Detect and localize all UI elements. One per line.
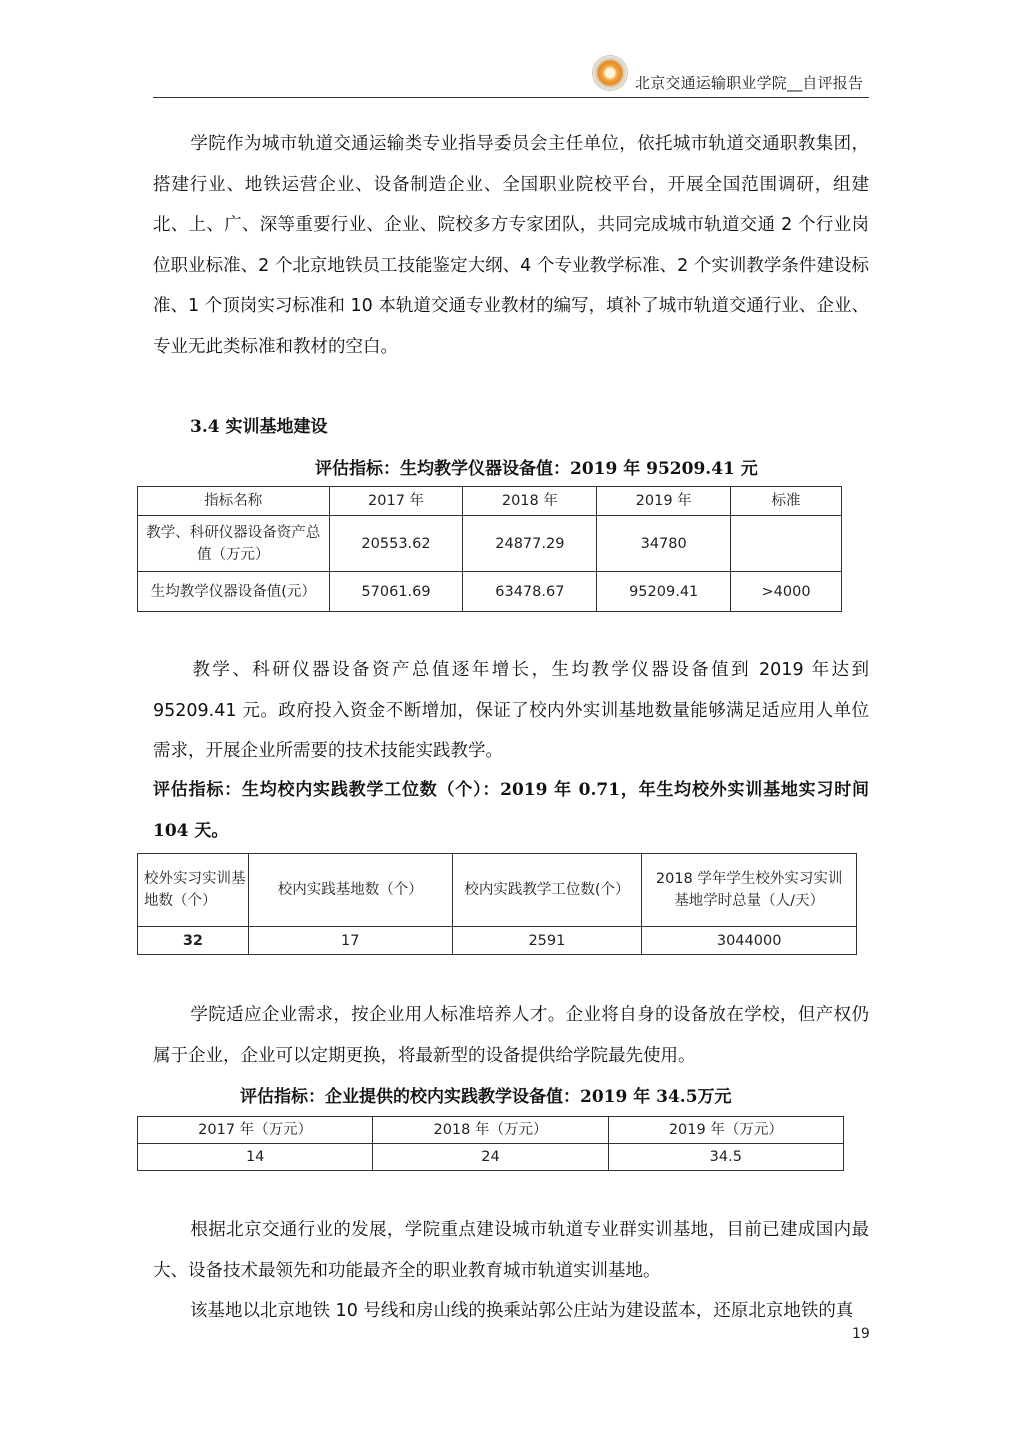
table2-caption: 评估指标：生均校内实践教学工位数（个）：2019 年 0.71，年生均校外实训基…	[153, 770, 869, 851]
table-cell: 24	[373, 1144, 608, 1171]
table-cell: 教学、科研仪器设备资产总值（万元）	[138, 516, 330, 572]
table-header-cell: 指标名称	[138, 487, 330, 516]
paragraph-equipment-growth: 教学、科研仪器设备资产总值逐年增长，生均教学仪器设备值到 2019 年达到 95…	[153, 650, 869, 772]
table-header-cell: 2018 学年学生校外实习实训基地学时总量（人/天）	[642, 854, 857, 927]
table-cell: 32	[138, 927, 249, 955]
table-header-cell: 2019 年	[597, 487, 731, 516]
table3-caption: 评估指标：企业提供的校内实践教学设备值：2019 年 34.5万元	[240, 1082, 732, 1107]
table-cell: 63478.67	[463, 572, 597, 612]
table-cell: 34780	[597, 516, 731, 572]
table-cell: 20553.62	[329, 516, 463, 572]
page-header: 北京交通运输职业学院__自评报告	[153, 56, 869, 98]
practice-base-table: 校外实习实训基地数（个） 校内实践基地数（个） 校内实践教学工位数(个） 201…	[137, 853, 857, 955]
table-cell: 14	[138, 1144, 373, 1171]
table-cell: 57061.69	[329, 572, 463, 612]
table-header-cell: 2017 年	[329, 487, 463, 516]
table-cell: 95209.41	[597, 572, 731, 612]
table-row: 14 24 34.5	[138, 1144, 844, 1171]
paragraph-base-blueprint: 该基地以北京地铁 10 号线和房山线的换乘站郭公庄站为建设蓝本，还原北京地铁的真	[153, 1291, 869, 1332]
table-cell: 17	[248, 927, 452, 955]
table-cell: 生均教学仪器设备值(元）	[138, 572, 330, 612]
table-cell	[731, 516, 842, 572]
table-cell: >4000	[731, 572, 842, 612]
table-header-row: 校外实习实训基地数（个） 校内实践基地数（个） 校内实践教学工位数(个） 201…	[138, 854, 857, 927]
table-header-cell: 2018 年（万元）	[373, 1117, 608, 1144]
table-header-cell: 校内实践基地数（个）	[248, 854, 452, 927]
paragraph-enterprise-equipment: 学院适应企业需求，按企业用人标准培养人才。企业将自身的设备放在学校，但产权仍属于…	[153, 995, 869, 1076]
equipment-value-table: 指标名称 2017 年 2018 年 2019 年 标准 教学、科研仪器设备资产…	[137, 486, 842, 612]
table-cell: 24877.29	[463, 516, 597, 572]
section-heading: 3.4 实训基地建设	[190, 412, 328, 437]
table-row: 32 17 2591 3044000	[138, 927, 857, 955]
paragraph-training-base: 根据北京交通行业的发展，学院重点建设城市轨道专业群实训基地，目前已建成国内最大、…	[153, 1210, 869, 1291]
table-cell: 2591	[452, 927, 642, 955]
table-header-cell: 校内实践教学工位数(个）	[452, 854, 642, 927]
page-number: 19	[852, 1326, 870, 1342]
table-header-cell: 2019 年（万元）	[608, 1117, 843, 1144]
table-cell: 34.5	[608, 1144, 843, 1171]
table-header-row: 2017 年（万元） 2018 年（万元） 2019 年（万元）	[138, 1117, 844, 1144]
table-row: 生均教学仪器设备值(元） 57061.69 63478.67 95209.41 …	[138, 572, 842, 612]
table-row: 教学、科研仪器设备资产总值（万元） 20553.62 24877.29 3478…	[138, 516, 842, 572]
table-header-cell: 校外实习实训基地数（个）	[138, 854, 249, 927]
enterprise-equipment-table: 2017 年（万元） 2018 年（万元） 2019 年（万元） 14 24 3…	[137, 1116, 844, 1171]
table-header-cell: 标准	[731, 487, 842, 516]
college-emblem-icon	[593, 56, 627, 90]
table-header-row: 指标名称 2017 年 2018 年 2019 年 标准	[138, 487, 842, 516]
table-cell: 3044000	[642, 927, 857, 955]
table-header-cell: 2018 年	[463, 487, 597, 516]
table-header-cell: 2017 年（万元）	[138, 1117, 373, 1144]
header-title: 北京交通运输职业学院__自评报告	[635, 72, 863, 93]
table1-caption: 评估指标：生均教学仪器设备值：2019 年 95209.41 元	[315, 454, 758, 479]
paragraph-standards: 学院作为城市轨道交通运输类专业指导委员会主任单位，依托城市轨道交通职教集团，搭建…	[153, 124, 869, 367]
